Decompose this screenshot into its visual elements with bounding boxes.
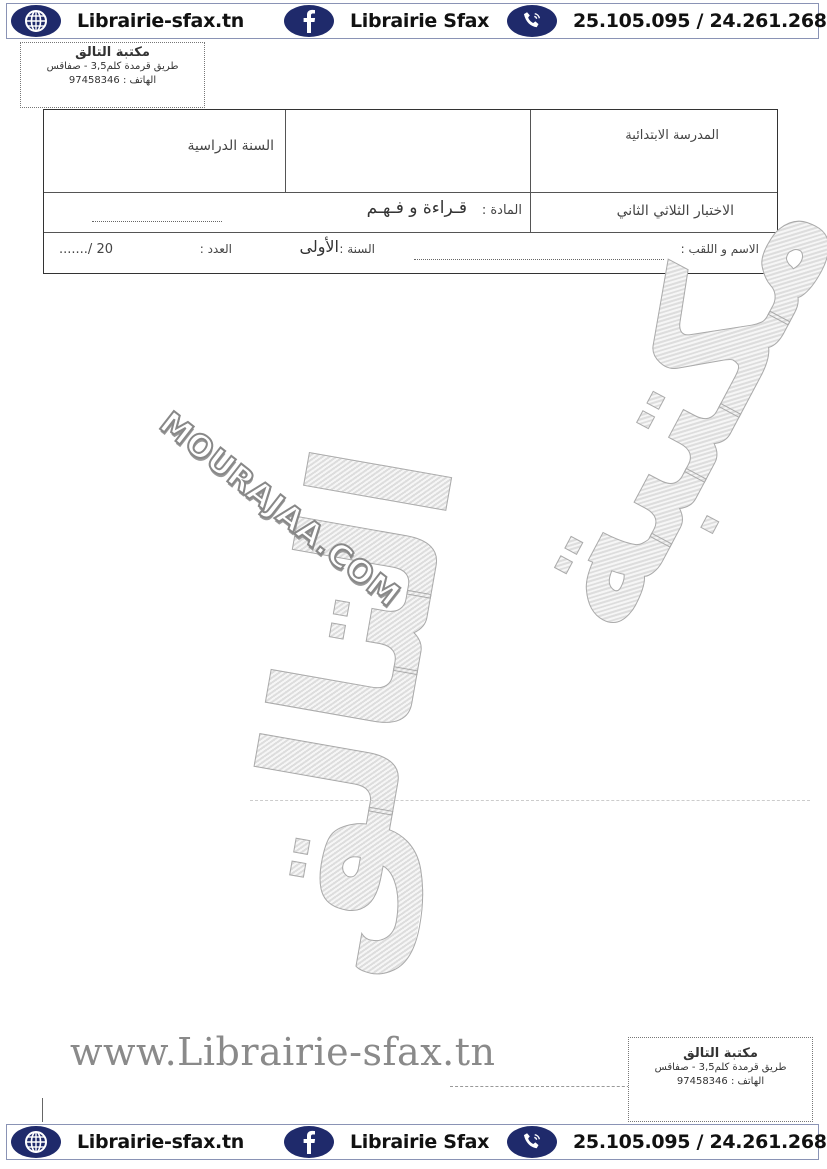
grade-value: الأولى (299, 237, 339, 256)
banner-phone[interactable]: 25.105.095 / 24.261.268 (507, 1125, 827, 1159)
margin-line (42, 1098, 43, 1122)
stamp-title: مكتبة التالق (629, 1046, 812, 1061)
subject-dots (92, 221, 222, 222)
subject-value: قـراءة و فـهـم (367, 198, 467, 218)
facebook-text: Librairie Sfax (350, 10, 489, 32)
faint-scan-line (250, 800, 810, 801)
phone-icon (507, 1126, 557, 1158)
phone-text: 25.105.095 / 24.261.268 (573, 10, 827, 32)
phone-icon (507, 5, 557, 37)
divider (530, 110, 531, 232)
phone-text: 25.105.095 / 24.261.268 (573, 1131, 827, 1153)
stamp-address: طريق قرمدة كلم3,5 - صفاقس (21, 60, 204, 74)
stamp-address: طريق قرمدة كلم3,5 - صفاقس (629, 1061, 812, 1075)
banner-facebook[interactable]: Librairie Sfax (284, 1125, 489, 1159)
facebook-icon (284, 5, 334, 37)
banner-website[interactable]: Librairie-sfax.tn (11, 4, 244, 38)
name-dots[interactable] (414, 259, 664, 260)
globe-icon (11, 1126, 61, 1158)
school-year-label: السنة الدراسية (188, 138, 274, 154)
grade-label: السنة : (339, 242, 375, 256)
stamp-phone: الهاتف : 97458346 (21, 74, 204, 88)
library-stamp-top: مكتبة التالق طريق قرمدة كلم3,5 - صفاقس ا… (20, 42, 205, 108)
top-banner: Librairie-sfax.tn Librairie Sfax 25.105.… (6, 3, 819, 39)
website-text: Librairie-sfax.tn (77, 1131, 244, 1153)
footer-url-watermark: www.Librairie-sfax.tn (70, 1030, 495, 1074)
banner-website[interactable]: Librairie-sfax.tn (11, 1125, 244, 1159)
divider (44, 192, 777, 193)
facebook-text: Librairie Sfax (350, 1131, 489, 1153)
calligraphy-watermark-2: التالق (189, 431, 498, 989)
subject-label: المادة : (482, 203, 522, 218)
divider (285, 110, 286, 192)
score-total: ......./ 20 (59, 242, 113, 257)
bottom-banner: Librairie-sfax.tn Librairie Sfax 25.105.… (6, 1124, 819, 1160)
facebook-icon (284, 1126, 334, 1158)
website-text: Librairie-sfax.tn (77, 10, 244, 32)
stamp-title: مكتبة التالق (21, 45, 204, 60)
banner-phone[interactable]: 25.105.095 / 24.261.268 (507, 4, 827, 38)
library-stamp-bottom: مكتبة التالق طريق قرمدة كلم3,5 - صفاقس ا… (628, 1037, 813, 1122)
stamp-phone: الهاتف : 97458346 (629, 1075, 812, 1089)
globe-icon (11, 5, 61, 37)
school-label: المدرسة الابتدائية (625, 128, 719, 143)
footer-dash-line (450, 1086, 640, 1087)
score-label: العدد : (200, 242, 232, 256)
banner-facebook[interactable]: Librairie Sfax (284, 4, 489, 38)
